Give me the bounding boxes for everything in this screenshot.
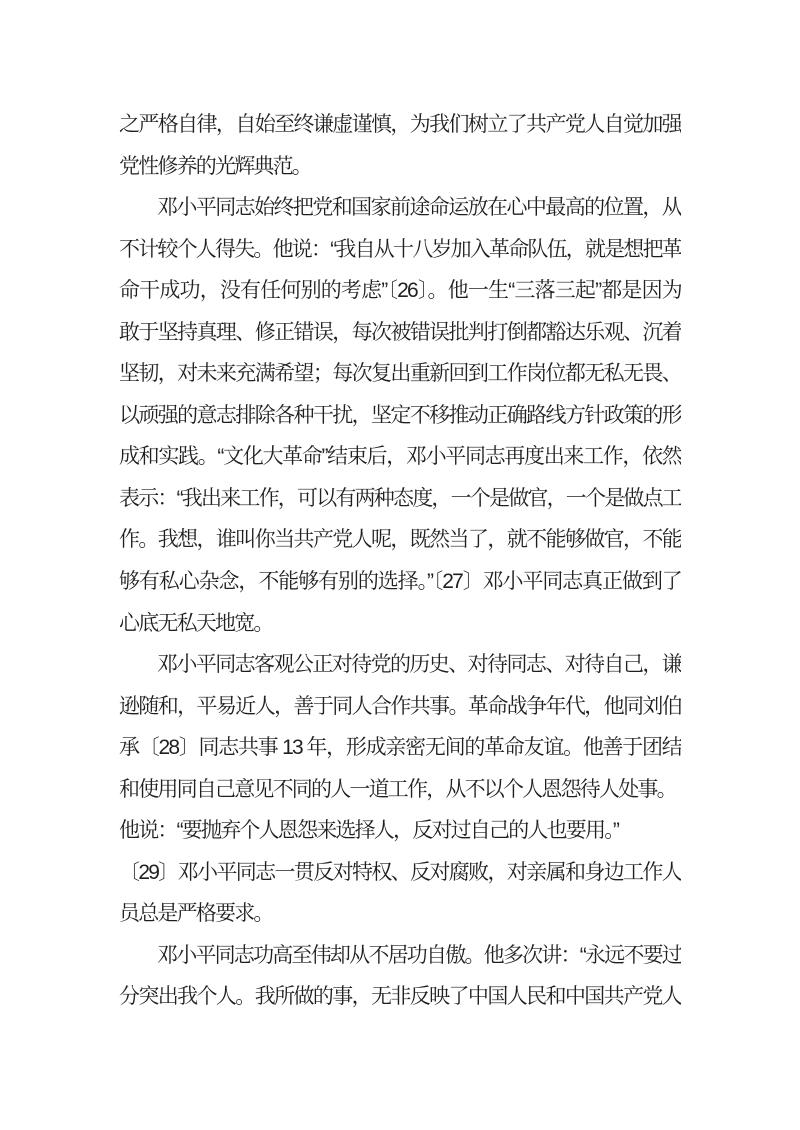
text-line: 党性修养的光辉典范。 bbox=[119, 146, 681, 188]
text-block: 之严格自律，自始至终谦虚谨慎，为我们树立了共产党人自觉加强党性修养的光辉典范。邓… bbox=[119, 104, 681, 1018]
text-line: 员总是严格要求。 bbox=[119, 893, 681, 935]
text-line: 邓小平同志功高至伟却从不居功自傲。他多次讲：“永远不要过 bbox=[119, 935, 681, 977]
text-line: 成和实践。“文化大革命”结束后，邓小平同志再度出来工作，依然 bbox=[119, 436, 681, 478]
text-line: 作。我想，谁叫你当共产党人呢，既然当了，就不能够做官，不能 bbox=[119, 519, 681, 561]
text-line: 坚韧，对未来充满希望；每次复出重新回到工作岗位都无私无畏、 bbox=[119, 353, 681, 395]
text-line: 分突出我个人。我所做的事，无非反映了中国人民和中国共产党人 bbox=[119, 976, 681, 1018]
text-line: 不计较个人得失。他说：“我自从十八岁加入革命队伍，就是想把革 bbox=[119, 229, 681, 271]
text-line: 邓小平同志始终把党和国家前途命运放在心中最高的位置，从 bbox=[119, 187, 681, 229]
text-line: 和使用同自己意见不同的人一道工作，从不以个人恩怨待人处事。 bbox=[119, 769, 681, 811]
text-line: 〔29〕邓小平同志一贯反对特权、反对腐败，对亲属和身边工作人 bbox=[119, 852, 681, 894]
text-line: 之严格自律，自始至终谦虚谨慎，为我们树立了共产党人自觉加强 bbox=[119, 104, 681, 146]
text-line: 敢于坚持真理、修正错误，每次被错误批判打倒都豁达乐观、沉着 bbox=[119, 312, 681, 354]
text-line: 逊随和，平易近人，善于同人合作共事。革命战争年代，他同刘伯 bbox=[119, 686, 681, 728]
text-line: 命干成功，没有任何别的考虑”〔26〕。他一生“三落三起”都是因为 bbox=[119, 270, 681, 312]
text-line: 承〔28〕同志共事 13 年，形成亲密无间的革命友谊。他善于团结 bbox=[119, 727, 681, 769]
text-line: 心底无私天地宽。 bbox=[119, 603, 681, 645]
document-page: 之严格自律，自始至终谦虚谨慎，为我们树立了共产党人自觉加强党性修养的光辉典范。邓… bbox=[0, 0, 800, 1130]
text-line: 他说：“要抛弃个人恩怨来选择人，反对过自己的人也要用。” bbox=[119, 810, 681, 852]
text-line: 以顽强的意志排除各种干扰，坚定不移推动正确路线方针政策的形 bbox=[119, 395, 681, 437]
text-line: 邓小平同志客观公正对待党的历史、对待同志、对待自己，谦 bbox=[119, 644, 681, 686]
text-line: 够有私心杂念，不能够有别的选择。”〔27〕邓小平同志真正做到了 bbox=[119, 561, 681, 603]
text-line: 表示：“我出来工作，可以有两种态度，一个是做官，一个是做点工 bbox=[119, 478, 681, 520]
